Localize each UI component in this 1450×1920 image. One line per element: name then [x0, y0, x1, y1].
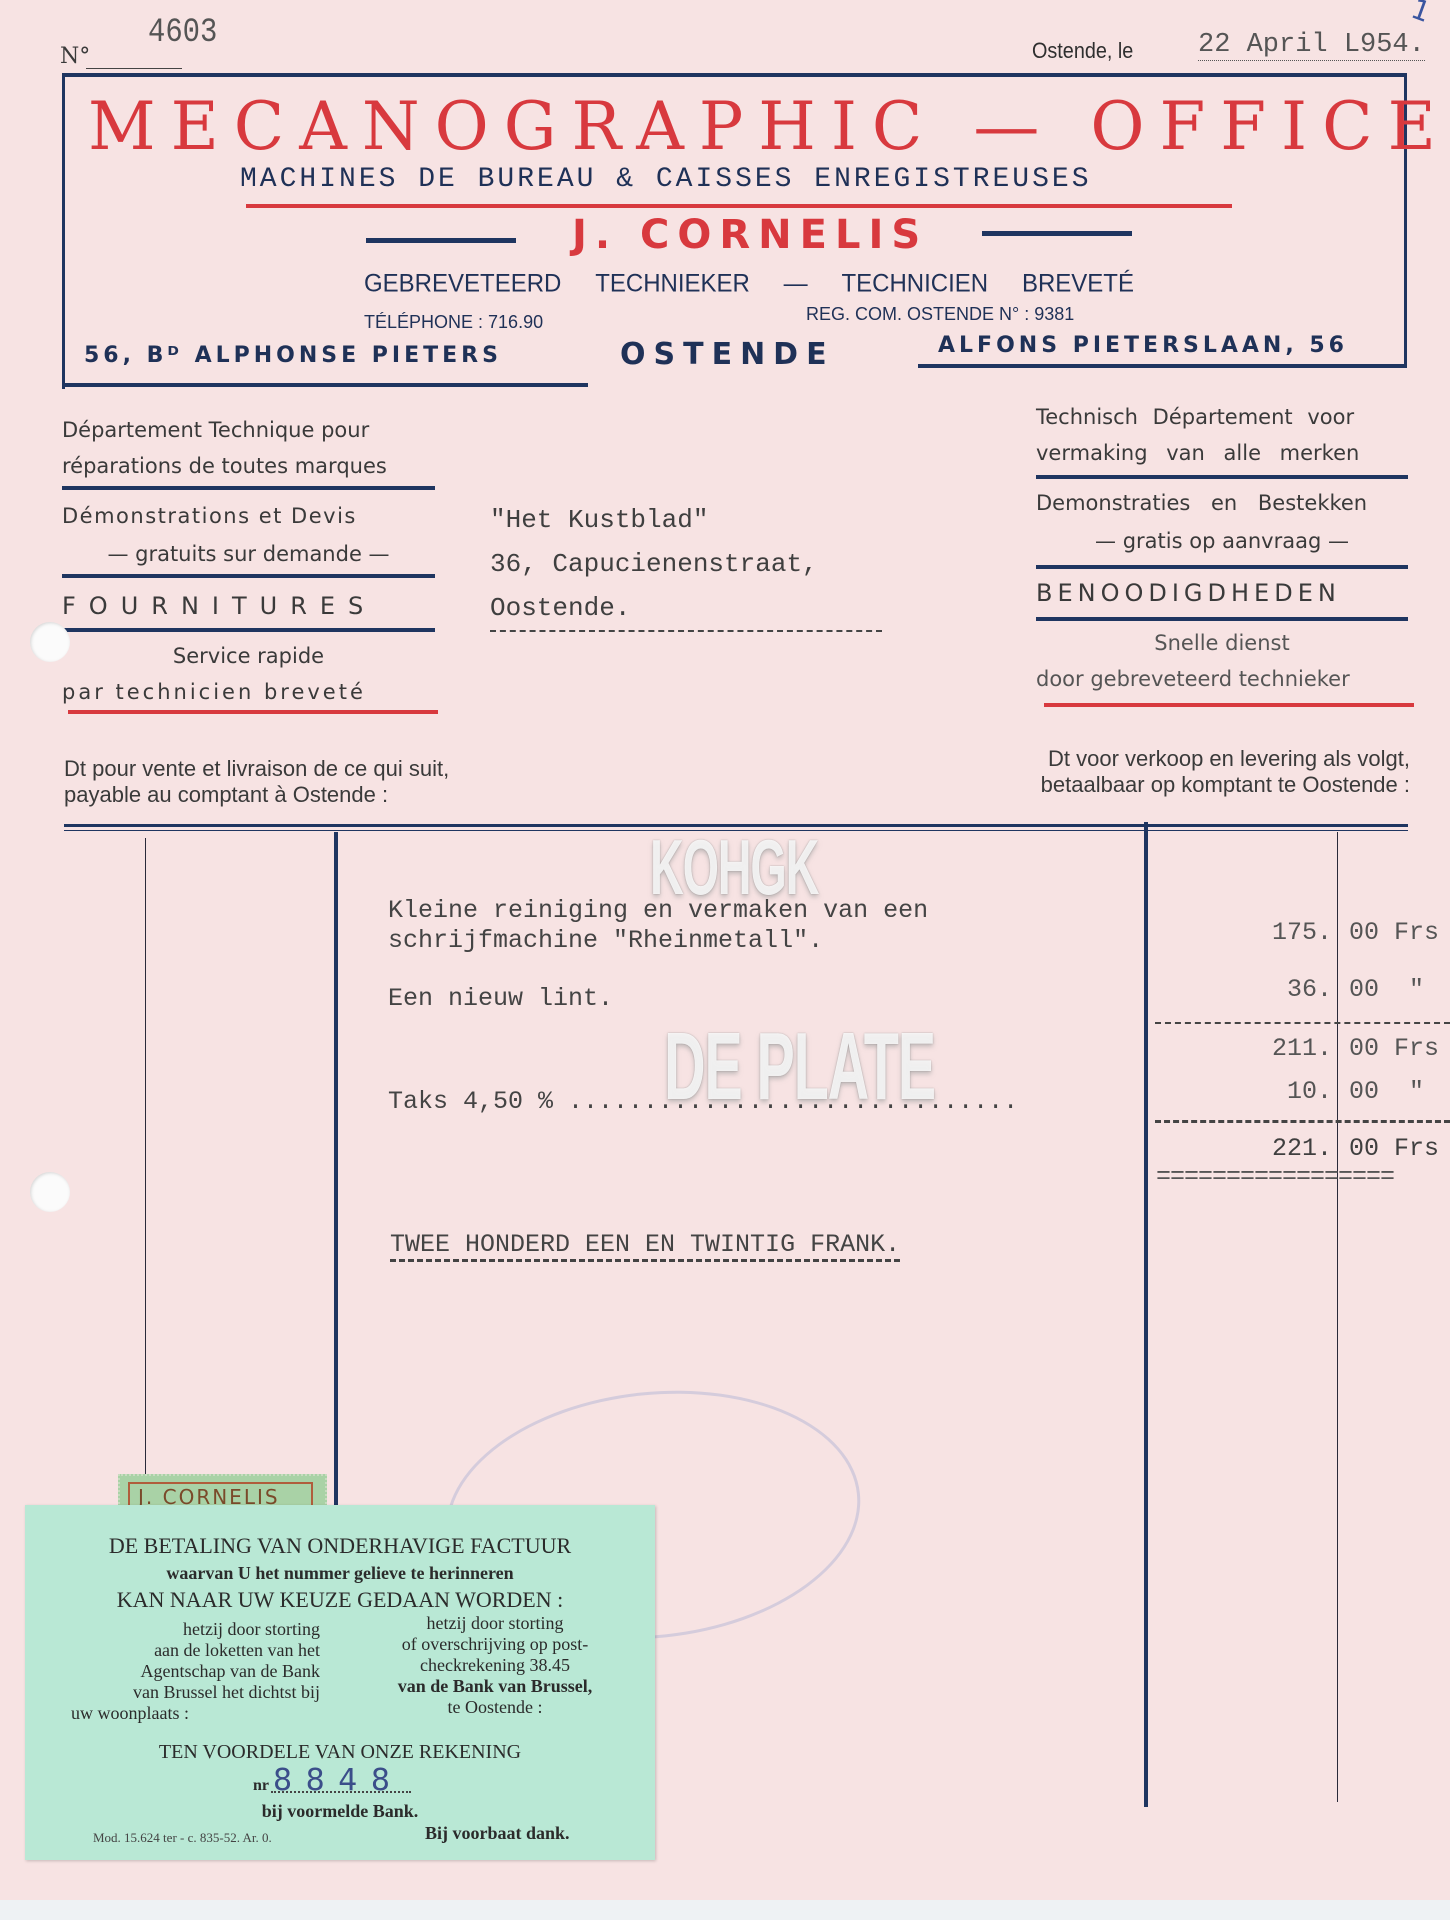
terms-nl-line: betaalbaar op komptant te Oostende : [880, 772, 1410, 798]
subtotal-amount: 211. [1160, 1034, 1332, 1063]
qualification-line: GEBREVETEERD TECHNIEKER — TECHNICIEN BRE… [364, 269, 1134, 298]
qualification-word: — [784, 269, 808, 298]
slip-bank-note: bij voormelde Bank. [25, 1801, 655, 1822]
qualification-word: BREVETÉ [1022, 269, 1134, 298]
panel-line: Demonstraties en Bestekken [1036, 491, 1408, 529]
trade-registry: REG. COM. OSTENDE N° : 9381 [806, 304, 1074, 325]
panel-line: Technisch Département voor [1036, 405, 1408, 441]
slip-heading: DE BETALING VAN ONDERHAVIGE FACTUUR [25, 1533, 655, 1559]
item-desc-line: schrijfmachine "Rheinmetall". [388, 926, 928, 956]
slip-text: of overschrijving op post- [350, 1634, 640, 1655]
terms-dutch: Dt voor verkoop en levering als volgt, b… [880, 746, 1410, 798]
subtotal-cents: 00 [1349, 1034, 1379, 1063]
subtotal-unit: Frs [1394, 1034, 1439, 1063]
recipient-block: "Het Kustblad" 36, Capucienenstraat, Oos… [490, 498, 882, 632]
left-service-panel: Département Technique pour réparations d… [62, 418, 435, 716]
slip-text: van de Bank van Brussel, [350, 1676, 640, 1697]
punch-hole [30, 1172, 70, 1212]
slip-text: uw woonplaats : [55, 1703, 320, 1724]
corner-pencil-mark: 1 [1407, 0, 1435, 29]
panel-text: Département Technique pour [62, 418, 369, 454]
table-col-line [1337, 832, 1338, 1802]
invoice-sheet: N° 4603 Ostende, le 22 April L954. 1 MEC… [0, 0, 1450, 1900]
item-amount: 175. [1160, 918, 1332, 947]
item-unit: " [1409, 975, 1424, 1004]
panel-heading: FOURNITURES [62, 592, 435, 630]
tax-unit: " [1409, 1077, 1424, 1106]
address-dutch: ALFONS PIETERSLAAN, 56 [938, 333, 1348, 358]
invoice-number: 4603 [148, 14, 217, 52]
total-unit: Frs [1394, 1134, 1439, 1163]
telephone: TÉLÉPHONE : 716.90 [364, 312, 543, 333]
recipient-name: "Het Kustblad" [490, 498, 882, 542]
subtotal-rule [1155, 1022, 1450, 1024]
recipient-street: 36, Capucienenstraat, [490, 542, 882, 586]
table-col-line [1144, 822, 1148, 1807]
slip-text: van Brussel het dichtst bij [55, 1682, 320, 1703]
panel-line: Snelle dienst [1036, 631, 1408, 667]
letterhead-bottom-right-rule [918, 364, 1407, 368]
panel-rule [1036, 617, 1408, 621]
item-cents-unit: 00 Frs [1349, 918, 1439, 947]
panel-line: Département Technique pour [62, 418, 435, 454]
panel-line: Service rapide [62, 644, 435, 680]
terms-fr-line: payable au comptant à Ostende : [64, 782, 449, 808]
tax-label: Taks 4,50 % ............................… [388, 1087, 1018, 1116]
slip-text: checkrekening 38.45 [350, 1655, 640, 1676]
item-desc-line: Kleine reiniging en vermaken van een [388, 896, 928, 926]
subtotal-cents-unit: 00 Frs [1349, 1034, 1439, 1063]
slip-right-column: hetzij door storting of overschrijving o… [350, 1613, 640, 1718]
slip-text: aan de loketten van het [55, 1640, 320, 1661]
panel-line: — gratis op aanvraag — [1036, 529, 1408, 565]
company-subtitle: MACHINES DE BUREAU & CAISSES ENREGISTREU… [240, 164, 1092, 195]
owner-name: J. CORNELIS [572, 212, 928, 258]
item-cents: 00 [1349, 975, 1379, 1004]
tax-amount: 10. [1160, 1077, 1332, 1106]
tax-cents-unit: 00 " [1349, 1077, 1424, 1106]
total-double-underline: ================= [1156, 1162, 1394, 1191]
city-name: OSTENDE [620, 337, 835, 372]
invoice-number-label: N° [60, 44, 90, 69]
letterhead-left-rule [62, 73, 65, 389]
panel-line: — gratuits sur demande — [62, 542, 435, 578]
qualification-word: GEBREVETEERD [364, 269, 561, 298]
slip-text: hetzij door storting [55, 1619, 320, 1640]
recipient-city: Oostende. [490, 586, 882, 632]
slip-left-column: hetzij door storting aan de loketten van… [55, 1619, 320, 1724]
slip-account-number: 8 8 4 8 [273, 1763, 392, 1798]
company-title: MECANOGRAPHIC — OFFICE [88, 88, 1450, 165]
owner-left-dash [366, 238, 516, 243]
owner-right-dash [982, 231, 1132, 236]
panel-red-rule [68, 710, 438, 714]
terms-french: Dt pour vente et livraison de ce qui sui… [64, 756, 449, 808]
scan-background [0, 1900, 1450, 1920]
date-label: Ostende, le [1032, 38, 1133, 64]
tax-cents: 00 [1349, 1077, 1379, 1106]
slip-thanks: Bij voorbaat dank. [425, 1823, 570, 1844]
amount-in-words: TWEE HONDERD EEN EN TWINTIG FRANK. [390, 1230, 900, 1262]
total-cents-unit: 00 Frs [1349, 1134, 1439, 1163]
invoice-date: 22 April L954. [1198, 30, 1425, 61]
letterhead-bottom-left-rule [62, 383, 588, 387]
payment-slip: DE BETALING VAN ONDERHAVIGE FACTUUR waar… [25, 1505, 655, 1860]
punch-hole [30, 622, 70, 662]
panel-line: Démonstrations et Devis [62, 504, 435, 542]
line-item-description: Kleine reiniging en vermaken van een sch… [388, 896, 928, 956]
slip-text: Agentschap van de Bank [55, 1661, 320, 1682]
item-cents-unit: 00 " [1349, 975, 1424, 1004]
address-french: 56, Bᴰ ALPHONSE PIETERS [84, 343, 502, 368]
slip-account-label: nr [253, 1777, 269, 1795]
qualification-word: TECHNIEKER [595, 269, 750, 298]
panel-line: réparations de toutes marques [62, 454, 435, 490]
item-amount: 36. [1160, 975, 1332, 1004]
panel-rule [62, 628, 435, 632]
slip-heading: KAN NAAR UW KEUZE GEDAAN WORDEN : [25, 1587, 655, 1613]
terms-nl-line: Dt voor verkoop en levering als volgt, [880, 746, 1410, 772]
invoice-number-line [86, 68, 182, 69]
panel-rule [62, 486, 435, 490]
item-unit: Frs [1394, 918, 1439, 947]
line-item-description: Een nieuw lint. [388, 984, 613, 1013]
qualification-word: TECHNICIEN [841, 269, 988, 298]
letterhead-top-rule [62, 73, 1407, 77]
terms-fr-line: Dt pour vente et livraison de ce qui sui… [64, 756, 449, 782]
item-cents: 00 [1349, 918, 1379, 947]
subtitle-red-rule [246, 204, 1232, 208]
panel-red-rule [1044, 703, 1414, 707]
panel-heading: BENOODIGDHEDEN [1036, 579, 1408, 617]
total-amount: 221. [1160, 1134, 1332, 1163]
panel-rule [1036, 475, 1408, 479]
panel-rule [62, 574, 435, 578]
total-rule [1155, 1120, 1450, 1123]
slip-form-reference: Mod. 15.624 ter - c. 835-52. Ar. 0. [93, 1830, 272, 1846]
panel-rule [1036, 565, 1408, 569]
slip-account-heading: TEN VOORDELE VAN ONZE REKENING [25, 1741, 655, 1764]
right-service-panel: Technisch Département voor vermaking van… [1036, 405, 1408, 703]
slip-subheading: waarvan U het nummer gelieve te herinner… [25, 1563, 655, 1584]
panel-line: door gebreveteerd technieker [1036, 667, 1408, 703]
panel-line: vermaking van alle merken [1036, 441, 1408, 477]
slip-text: te Oostende : [350, 1697, 640, 1718]
total-cents: 00 [1349, 1134, 1379, 1163]
slip-text: hetzij door storting [350, 1613, 640, 1634]
